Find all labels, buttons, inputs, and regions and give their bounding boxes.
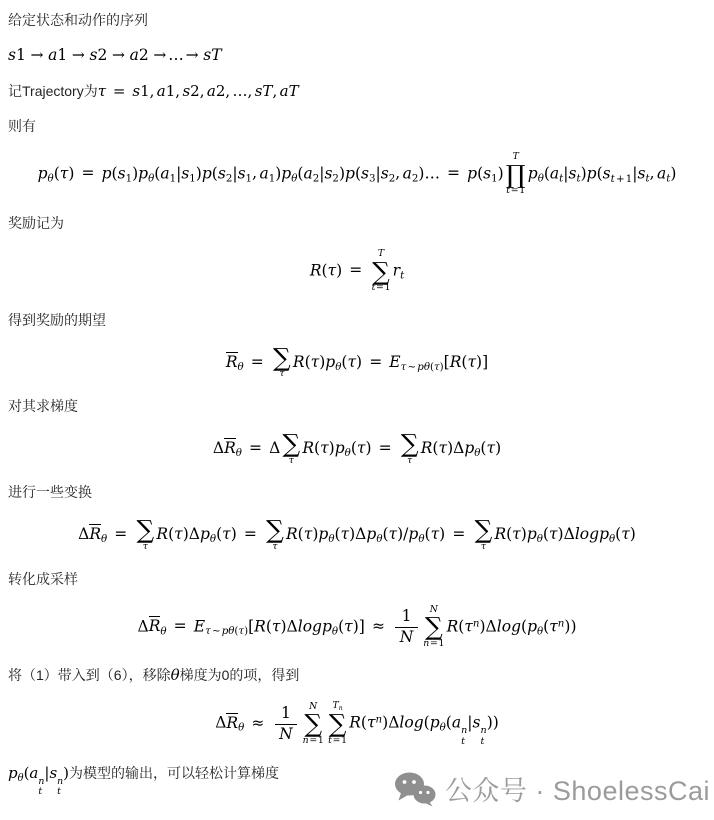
text-run: 为模型的输出，可以轻松计算梯度 (69, 765, 279, 781)
formula: s1→a1→s2→a2→…→sT (8, 46, 222, 64)
formula-block: pθ(τ)=p(s1)pθ(a1|s1)p(s2|s1,a1)pθ(a2|s2)… (8, 152, 706, 197)
paragraph: 进行一些变换 (8, 482, 706, 502)
formula-block: s1→a1→s2→a2→…→sT (8, 46, 706, 65)
paragraph: 转化成采样 (8, 569, 706, 589)
text-run: 将（1）带入到（6），移除 (8, 667, 171, 683)
text-run: 则有 (8, 118, 36, 134)
paragraph: 记Trajectory为τ=s1,a1,s2,a2,…,sT,aT (8, 81, 706, 101)
formula-block: ΔRθ=Δ∑τR(τ)pθ(τ)=∑τR(τ)Δpθ(τ) (8, 432, 706, 466)
formula: R(τ)=T∑t=1rt (310, 249, 404, 294)
formula: ΔRθ=Δ∑τR(τ)pθ(τ)=∑τR(τ)Δpθ(τ) (213, 432, 501, 466)
article-content: 给定状态和动作的序列s1→a1→s2→a2→…→sT记Trajectory为τ=… (0, 0, 714, 798)
paragraph: 奖励记为 (8, 213, 706, 233)
formula: Rθ=∑τR(τ)pθ(τ)=Eτ∼pθ(τ)[R(τ)] (226, 346, 488, 380)
watermark-text: 公众号 · ShoelessCai (445, 769, 710, 808)
paragraph: 给定状态和动作的序列 (8, 10, 706, 30)
text-run: 梯度为0的项，得到 (180, 667, 300, 683)
formula: ΔRθ=∑τR(τ)Δpθ(τ)=∑τR(τ)pθ(τ)Δpθ(τ)/pθ(τ)… (78, 518, 636, 552)
formula: ΔRθ=Eτ∼pθ(τ)[R(τ)Δlogpθ(τ)]≈1NN∑n=1R(τn)… (137, 605, 576, 650)
paragraph: 则有 (8, 116, 706, 136)
text-run: 记Trajectory为 (8, 83, 98, 99)
inline-formula: τ=s1,a1,s2,a2,…,sT,aT (98, 82, 299, 100)
text-run: 进行一些变换 (8, 484, 92, 500)
text-run: 给定状态和动作的序列 (8, 12, 148, 28)
wechat-icon (394, 771, 436, 807)
formula-block: Rθ=∑τR(τ)pθ(τ)=Eτ∼pθ(τ)[R(τ)] (8, 346, 706, 380)
text-run: 得到奖励的期望 (8, 312, 106, 328)
formula: ΔRθ≈1NN∑n=1Tn∑t=1R(τn)Δlog(pθ(ant|snt)) (215, 701, 499, 747)
formula-block: ΔRθ≈1NN∑n=1Tn∑t=1R(τn)Δlog(pθ(ant|snt)) (8, 701, 706, 747)
formula-block: ΔRθ=∑τR(τ)Δpθ(τ)=∑τR(τ)pθ(τ)Δpθ(τ)/pθ(τ)… (8, 518, 706, 552)
inline-formula: pθ(ant|snt) (8, 764, 69, 782)
paragraph: 对其求梯度 (8, 396, 706, 416)
paragraph: 将（1）带入到（6），移除θ梯度为0的项，得到 (8, 665, 706, 685)
formula-block: ΔRθ=Eτ∼pθ(τ)[R(τ)Δlogpθ(τ)]≈1NN∑n=1R(τn)… (8, 605, 706, 650)
text-run: 转化成采样 (8, 571, 78, 587)
formula: pθ(τ)=p(s1)pθ(a1|s1)p(s2|s1,a1)pθ(a2|s2)… (38, 152, 677, 197)
formula-block: R(τ)=T∑t=1rt (8, 249, 706, 294)
inline-formula: θ (171, 666, 180, 684)
watermark: 公众号 · ShoelessCai (394, 769, 710, 808)
text-run: 对其求梯度 (8, 398, 78, 414)
paragraph: 得到奖励的期望 (8, 310, 706, 330)
text-run: 奖励记为 (8, 215, 64, 231)
